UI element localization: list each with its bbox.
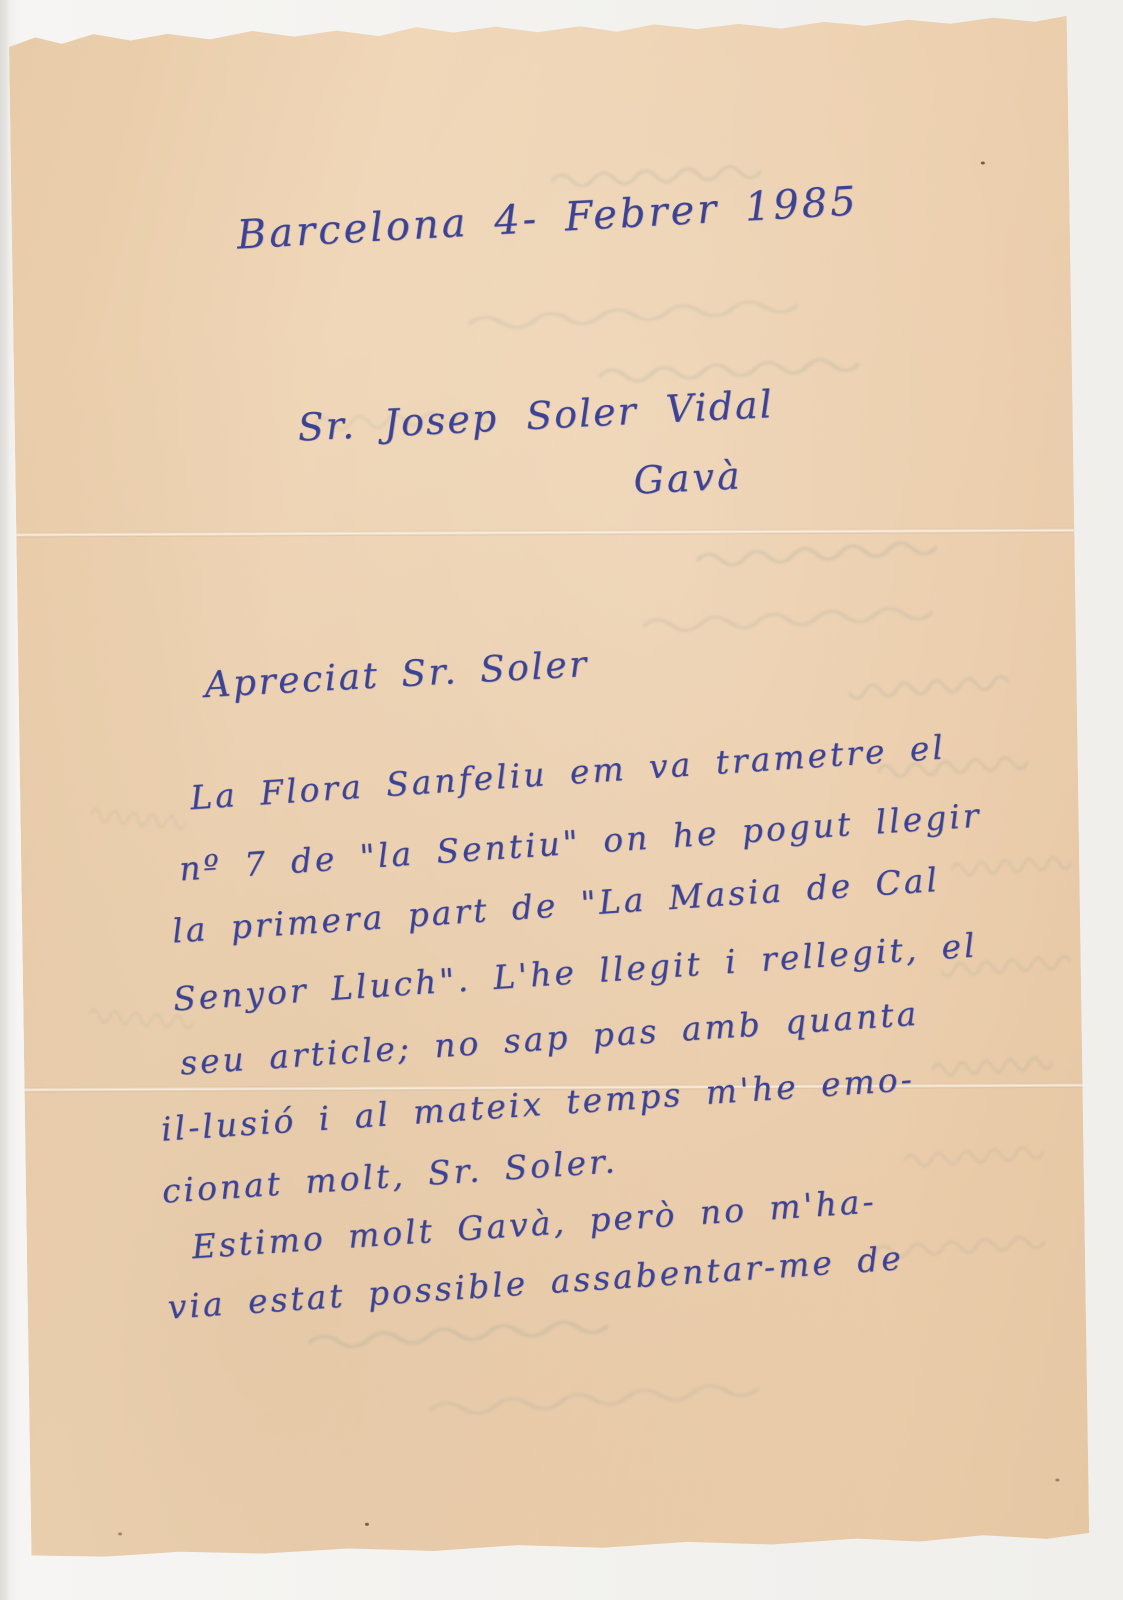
bleed-through-mark — [848, 670, 1009, 705]
scanned-letter-page: { "letter": { "dateline": "Barcelona 4- … — [0, 0, 1123, 1600]
bleed-through-mark — [951, 850, 1072, 882]
bleed-through-mark — [308, 1314, 609, 1355]
scanner-edge-shadow — [0, 0, 10, 1600]
paper-speck — [365, 1523, 369, 1526]
bleed-through-mark — [903, 1140, 1044, 1173]
bleed-through-mark — [468, 293, 799, 336]
recipient-city: Gavà — [632, 453, 743, 502]
paper-speck — [1055, 1479, 1059, 1482]
paper-speck — [981, 161, 985, 164]
paper-speck — [118, 1532, 122, 1535]
bleed-through-mark — [429, 1376, 760, 1422]
bleed-through-mark — [90, 803, 187, 835]
bleed-through-mark — [642, 600, 933, 638]
letter-paper: Barcelona 4- Febrer 1985 Sr. Josep Soler… — [9, 8, 1090, 1558]
salutation: Apreciat Sr. Soler — [203, 644, 589, 706]
bleed-through-mark — [932, 1050, 1053, 1082]
fold-crease-top — [16, 528, 1074, 538]
recipient-name: Sr. Josep Soler Vidal — [297, 382, 775, 450]
letter-dateline: Barcelona 4- Febrer 1985 — [236, 178, 860, 258]
body-line-1: La Flora Sanfeliu em va trametre el — [189, 728, 947, 818]
bleed-through-mark — [696, 535, 937, 573]
body-line-7: cionat molt, Sr. Soler. — [161, 1141, 619, 1211]
